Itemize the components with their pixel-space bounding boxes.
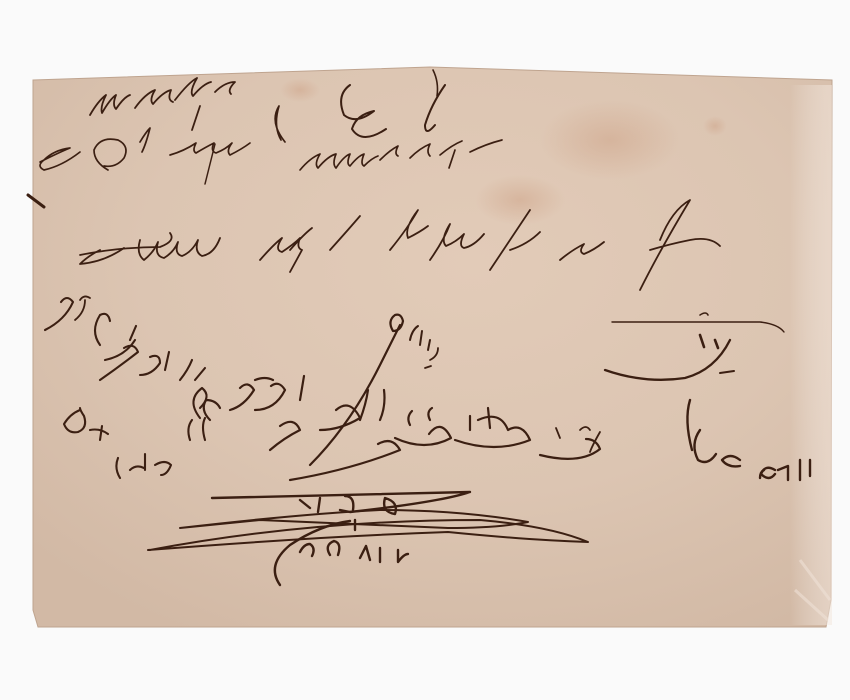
envelope xyxy=(0,0,850,700)
photo-scene: Aga Mohd Mustashary umooz Khade Q. O. Bo… xyxy=(0,0,850,700)
envelope-paper xyxy=(33,67,832,627)
